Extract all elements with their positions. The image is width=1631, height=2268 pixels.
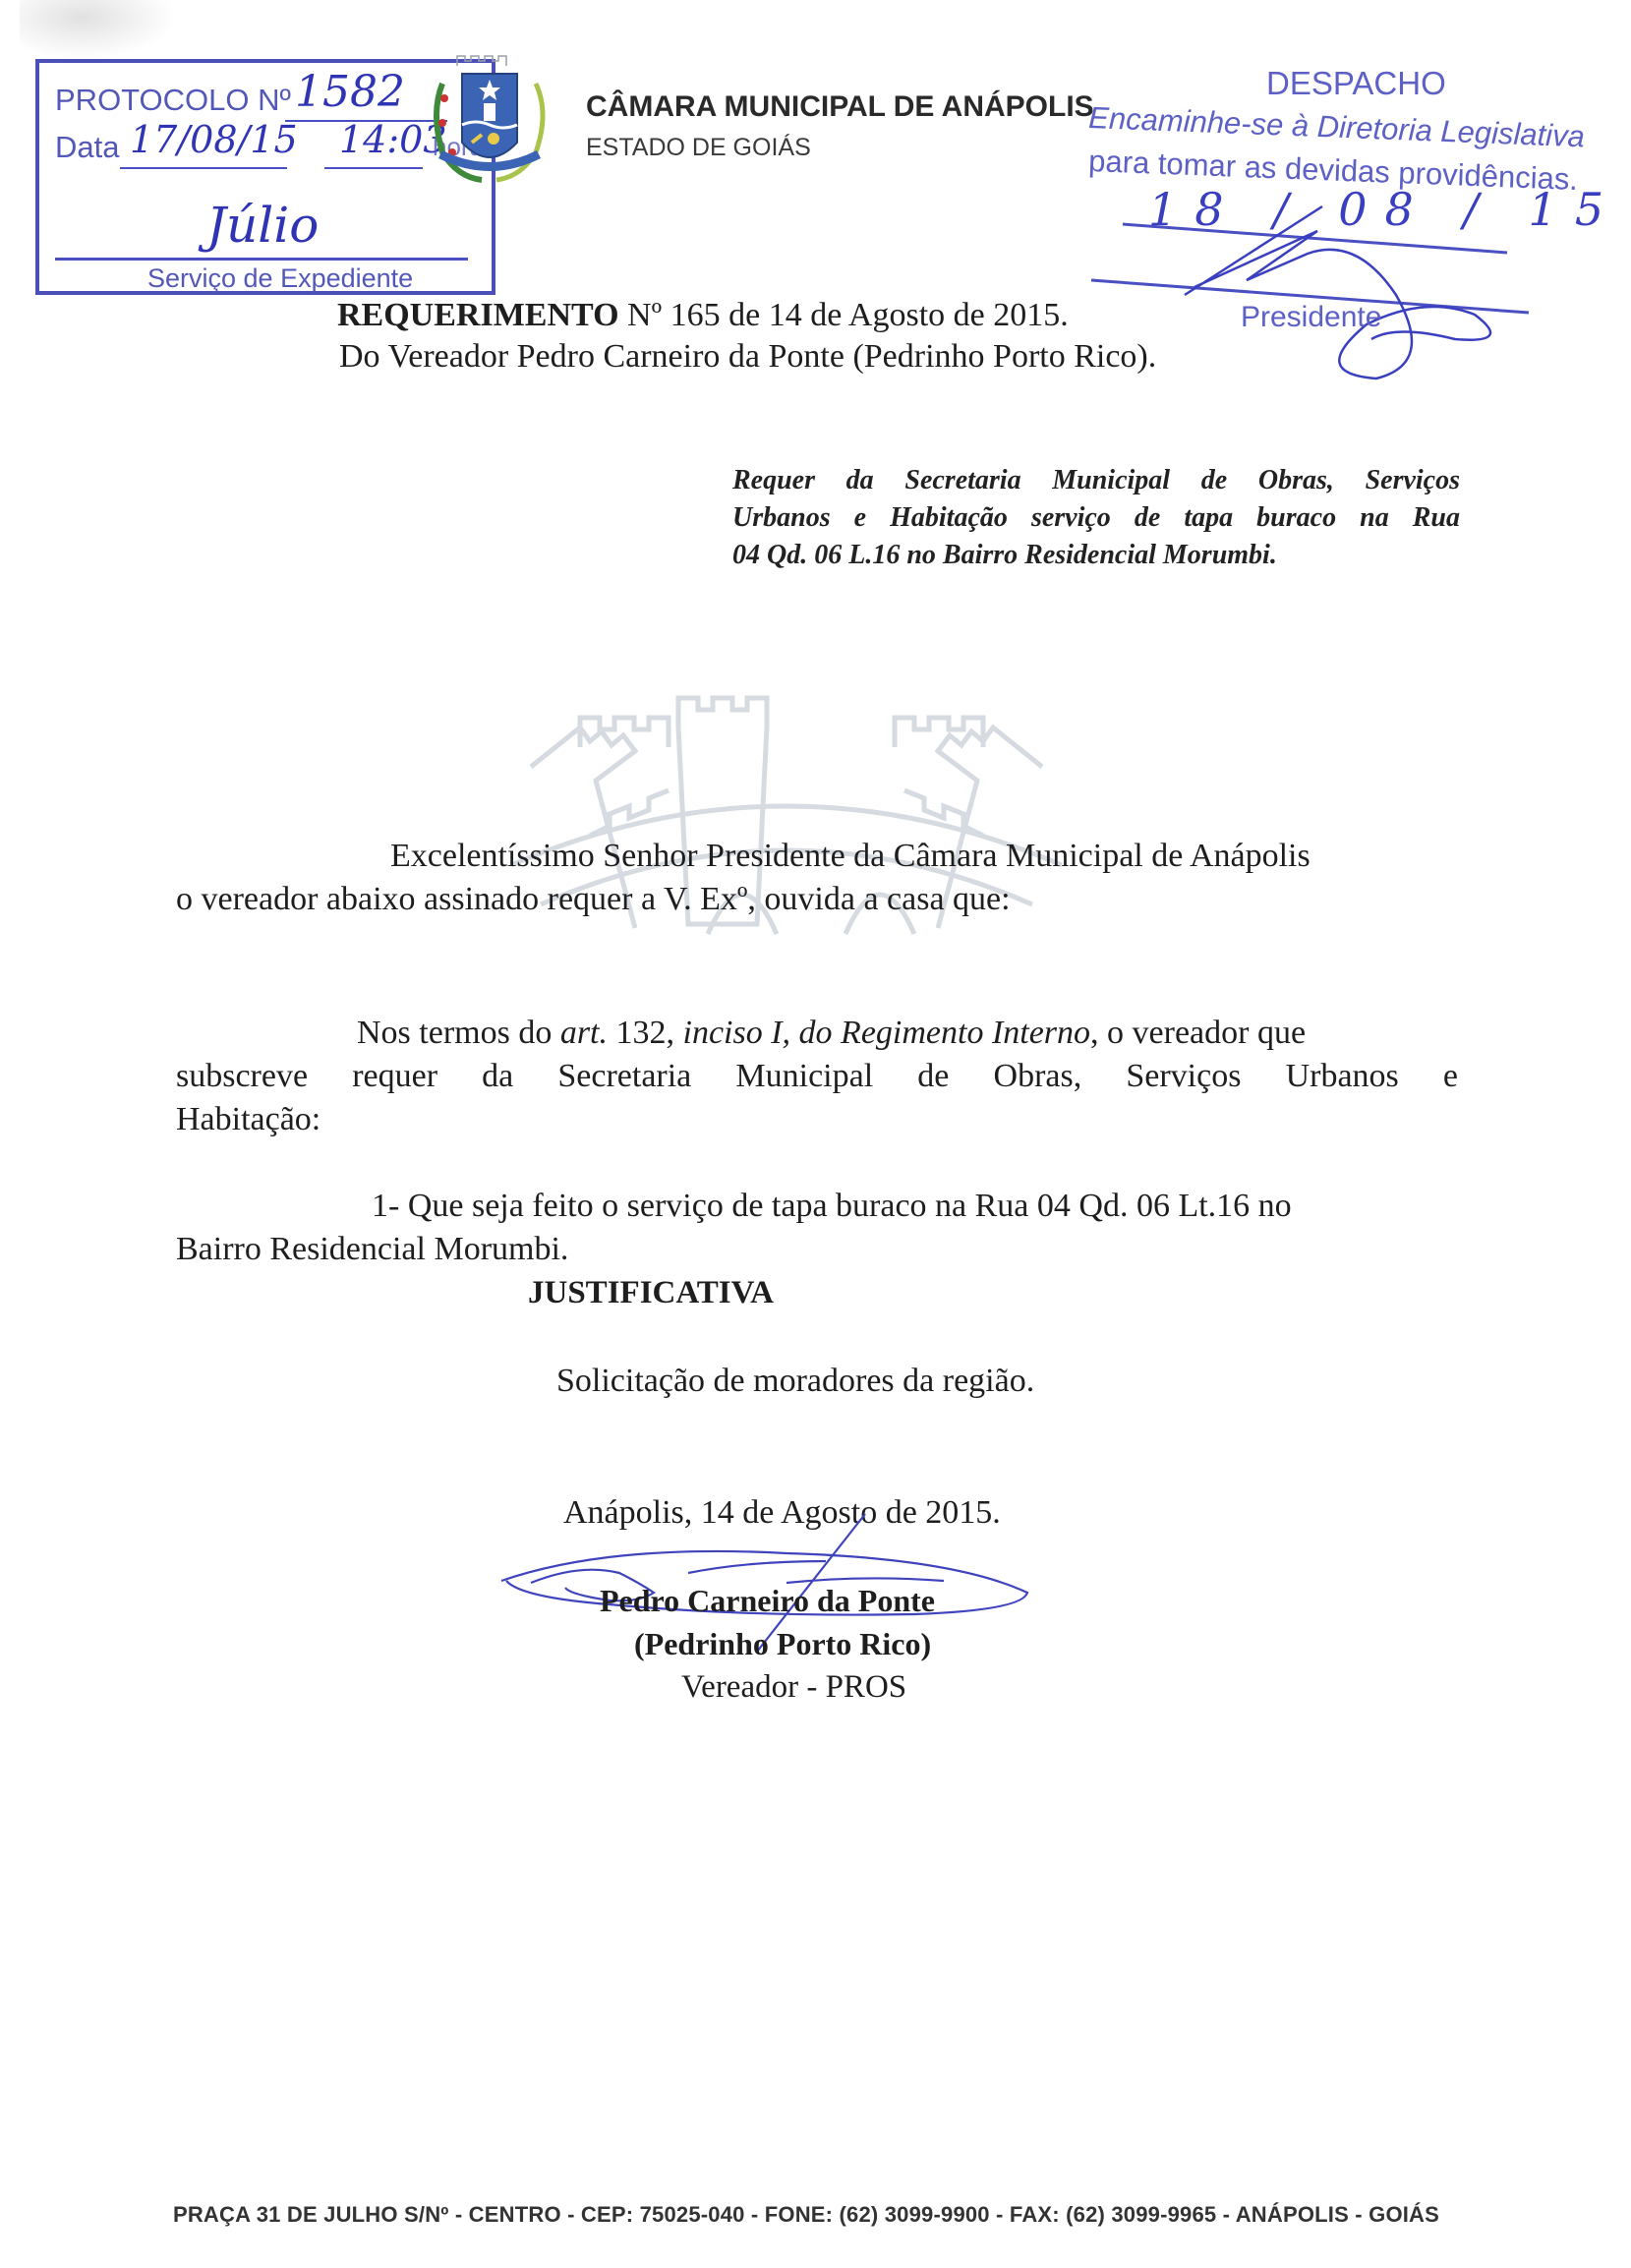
request-item-1-line-2: Bairro Residencial Morumbi. [176, 1231, 568, 1268]
document-number-date: Nº 165 de 14 de Agosto de 2015. [627, 297, 1069, 333]
salutation-line-1: Excelentíssimo Senhor Presidente da Câma… [390, 838, 1311, 875]
summary-line: Requer da Secretaria Municipal de Obras,… [732, 462, 1460, 499]
despacho-signer-role: Presidente [1241, 301, 1381, 334]
signer-name: Pedro Carneiro da Ponte [600, 1583, 935, 1619]
text-fragment: 132, [608, 1015, 683, 1051]
summary-line: 04 Qd. 06 L.16 no Bairro Residencial Mor… [732, 537, 1460, 574]
summary-line: Urbanos e Habitação serviço de tapa bura… [732, 499, 1460, 537]
document-summary: Requer da Secretaria Municipal de Obras,… [732, 462, 1460, 574]
signer-role: Vereador - PROS [681, 1669, 906, 1706]
text-fragment: Nos termos do [357, 1015, 560, 1051]
legal-basis-line-1: Nos termos do art. 132, inciso I, do Reg… [357, 1015, 1306, 1052]
document-type: REQUERIMENTO [337, 297, 619, 333]
justification-text: Solicitação de moradores da região. [556, 1363, 1034, 1400]
signer-nickname: (Pedrinho Porto Rico) [634, 1626, 931, 1662]
regiment-ref: inciso I, do Regimento Interno [683, 1015, 1091, 1051]
text-fragment: , o vereador que [1090, 1015, 1306, 1051]
legal-basis-line-2: subscreve requer da Secretaria Municipal… [176, 1058, 1458, 1095]
request-item-1-line-1: 1- Que seja feito o serviço de tapa bura… [372, 1188, 1292, 1225]
legal-basis-line-3: Habitação: [176, 1101, 320, 1138]
footer-address: PRAÇA 31 DE JULHO S/Nº - CENTRO - CEP: 7… [98, 2202, 1514, 2228]
document-author: Do Vereador Pedro Carneiro da Ponte (Ped… [339, 338, 1156, 376]
document-title: REQUERIMENTO Nº 165 de 14 de Agosto de 2… [337, 297, 1069, 334]
justification-heading: JUSTIFICATIVA [528, 1275, 774, 1311]
article-ref: art. [560, 1015, 608, 1051]
salutation-line-2: o vereador abaixo assinado requer a V. E… [176, 881, 1011, 918]
place-date: Anápolis, 14 de Agosto de 2015. [563, 1494, 1001, 1532]
